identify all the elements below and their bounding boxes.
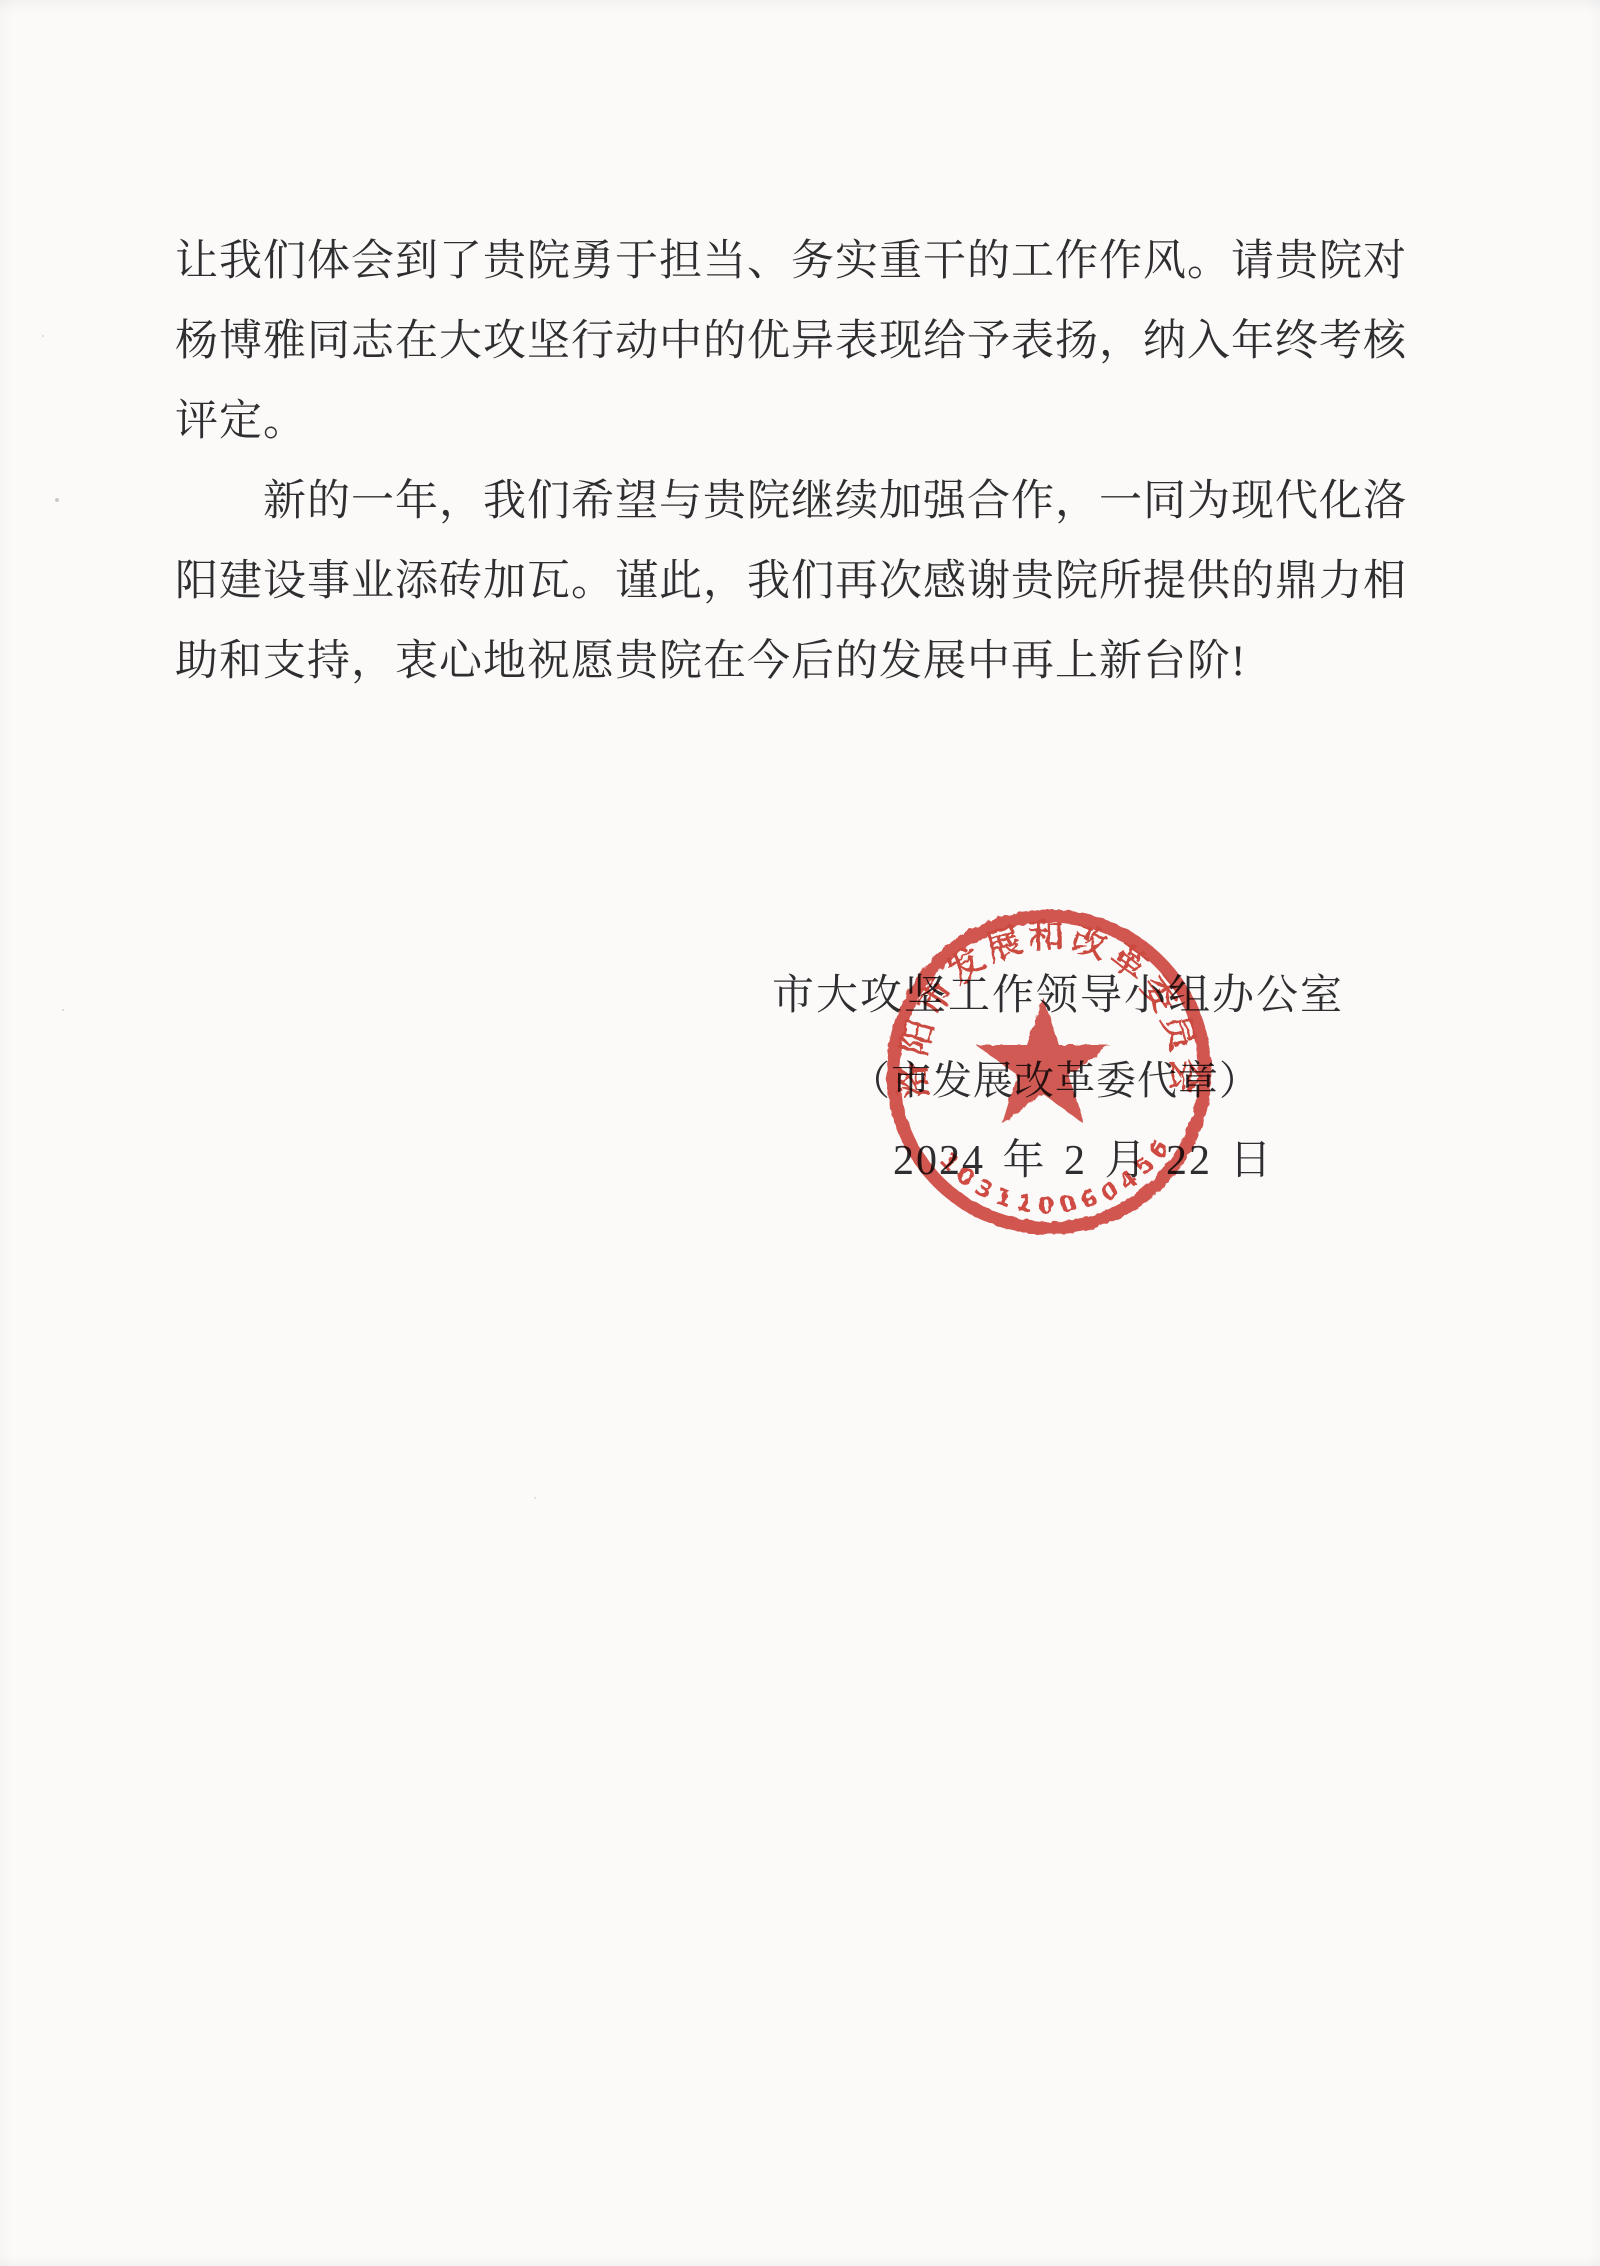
letter-line: 阳建设事业添砖加瓦。谨此，我们再次感谢贵院所提供的鼎力相 bbox=[175, 542, 1425, 622]
official-seal: 洛阳市发展和改革委员会 103110060456 bbox=[883, 903, 1217, 1237]
star-icon bbox=[976, 997, 1110, 1124]
letter-line: 新的一年，我们希望与贵院继续加强合作，一同为现代化洛 bbox=[175, 462, 1425, 542]
letter-line: 助和支持，衷心地祝愿贵院在今后的发展中再上新台阶! bbox=[175, 622, 1425, 702]
letter-line: 杨博雅同志在大攻坚行动中的优异表现给予表扬，纳入年终考核 bbox=[175, 302, 1425, 382]
scan-speckles bbox=[55, 498, 59, 502]
seal-code-text: 103110060456 bbox=[933, 1128, 1184, 1230]
letter-line: 让我们体会到了贵院勇于担当、务实重干的工作作风。请贵院对 bbox=[175, 222, 1425, 302]
letter-body: 让我们体会到了贵院勇于担当、务实重干的工作作风。请贵院对 杨博雅同志在大攻坚行动… bbox=[175, 222, 1425, 702]
scanned-letter-page: 让我们体会到了贵院勇于担当、务实重干的工作作风。请贵院对 杨博雅同志在大攻坚行动… bbox=[0, 0, 1600, 2266]
letter-line: 评定。 bbox=[175, 382, 1425, 462]
svg-text:103110060456: 103110060456 bbox=[933, 1128, 1184, 1230]
